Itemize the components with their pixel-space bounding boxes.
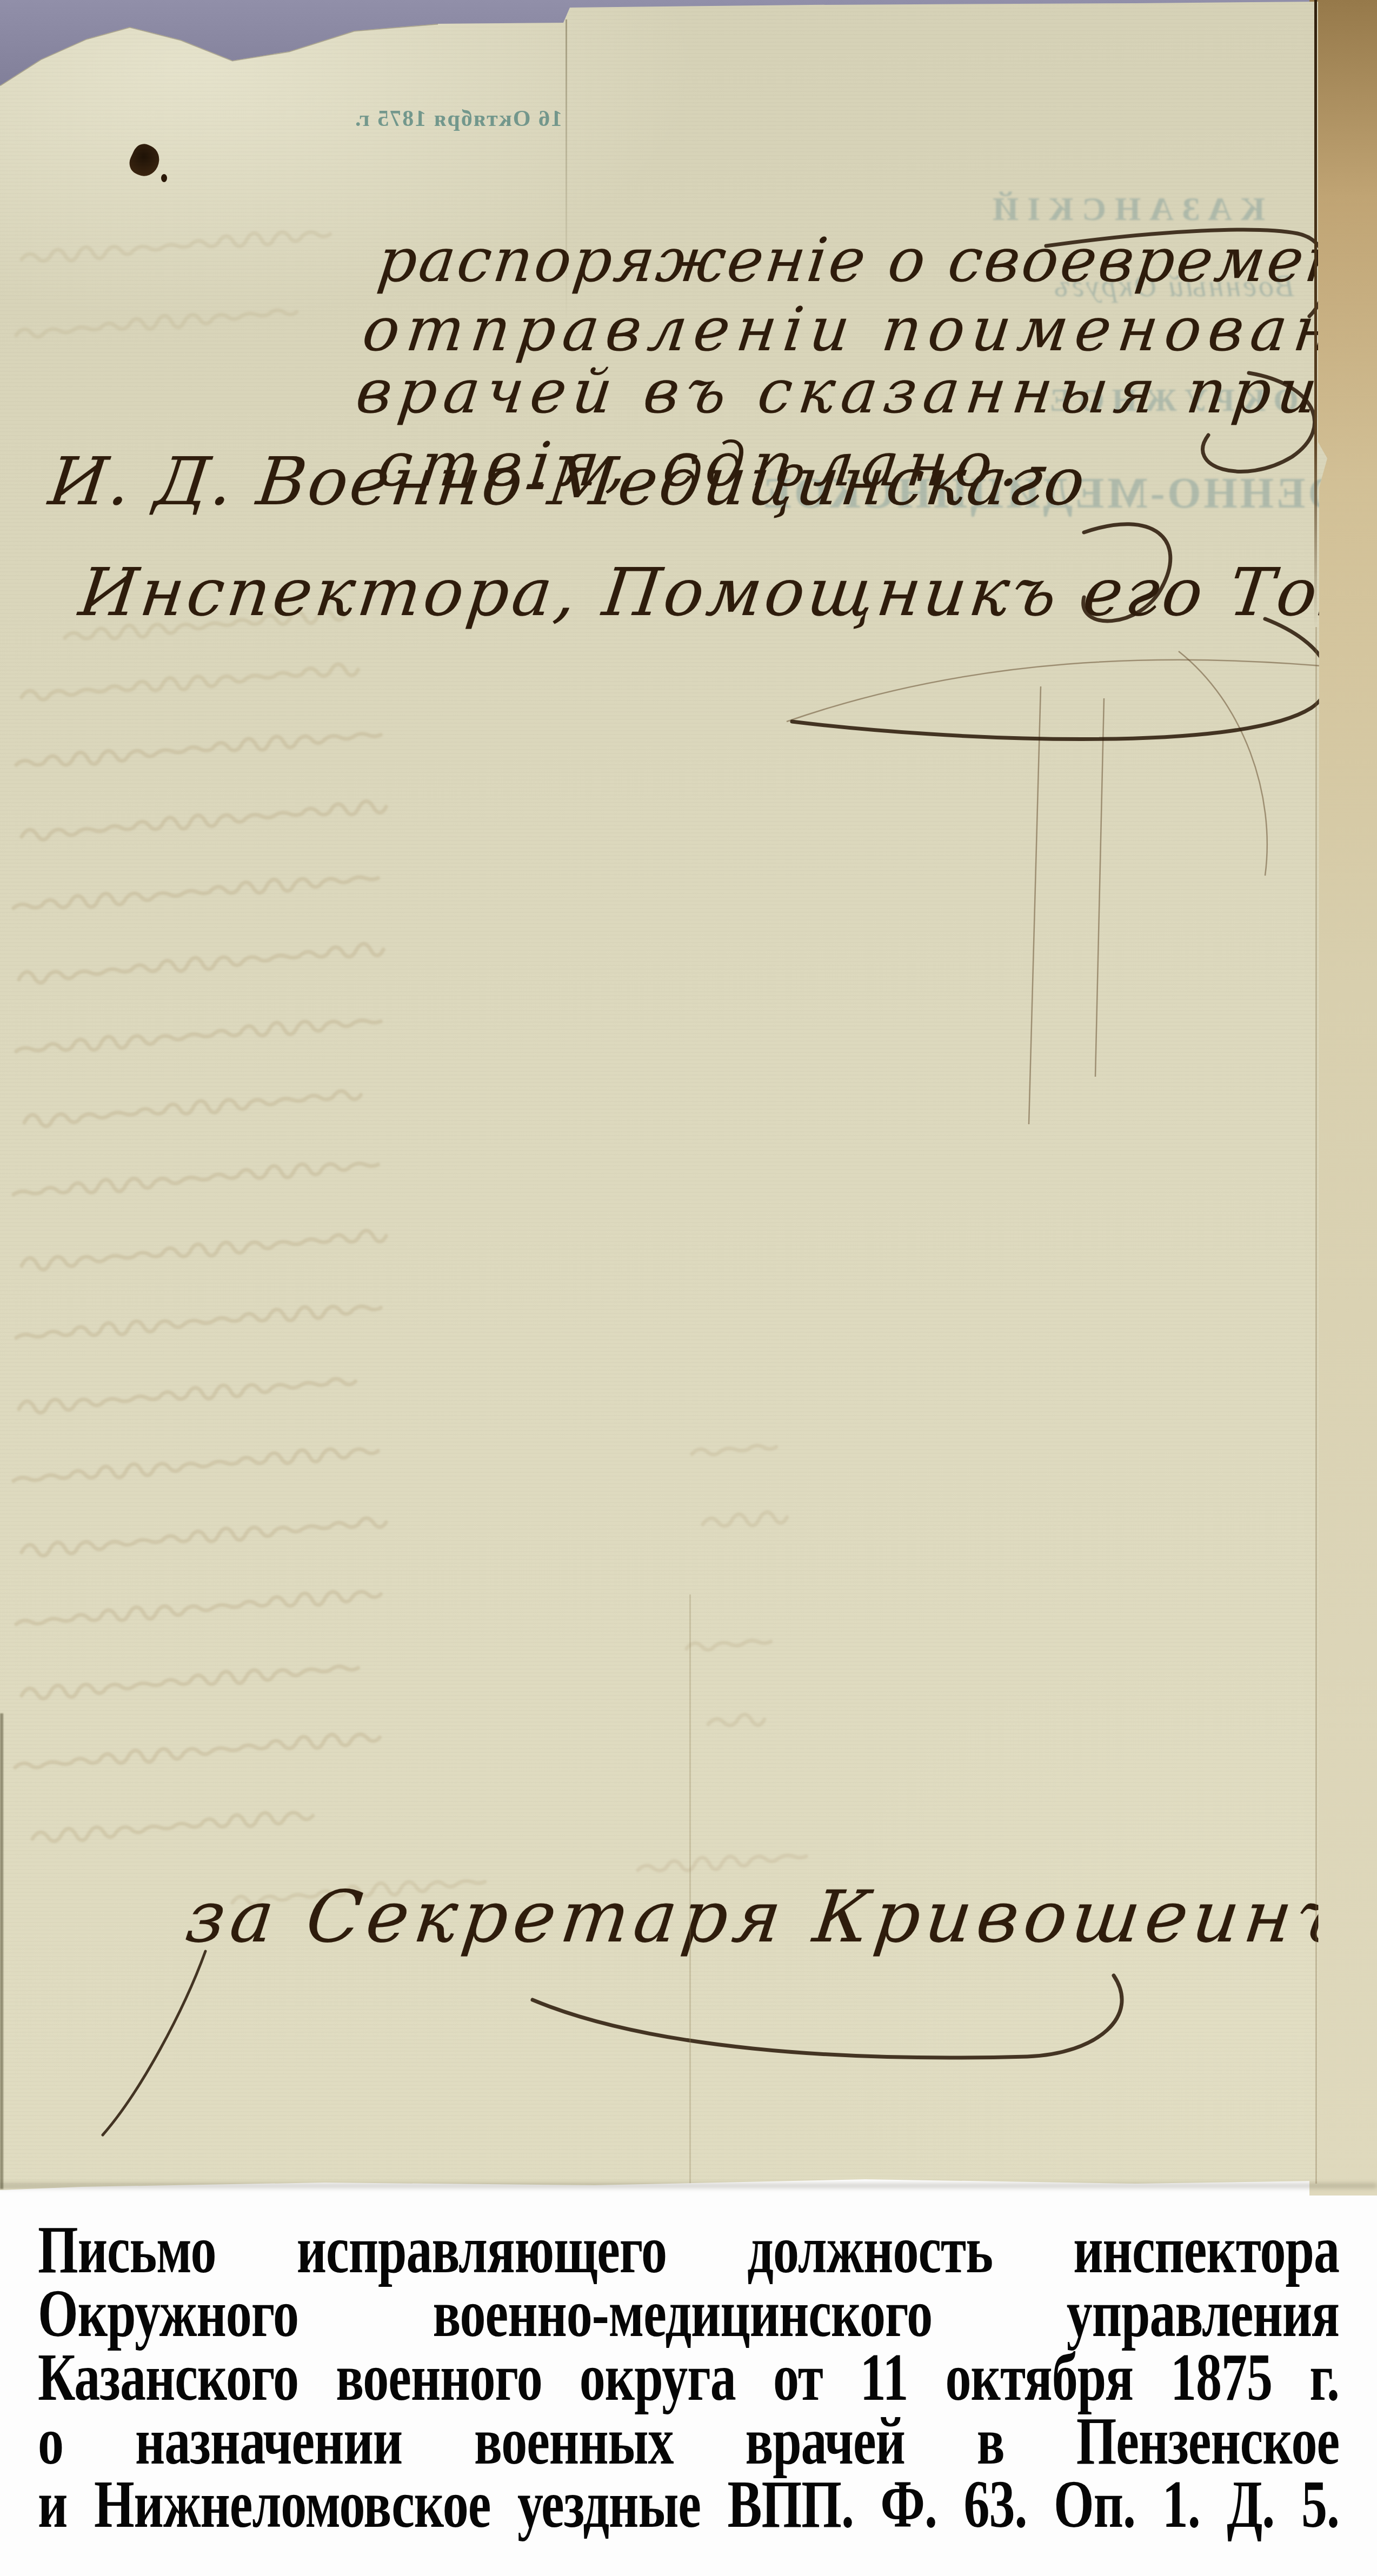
caption-word: врачей — [745, 2409, 904, 2473]
caption-word: ВПП. — [728, 2473, 854, 2537]
scanned-document-page: 16 Октября 1875 г. КАЗАНСКІЙВоенный Окру… — [0, 0, 1377, 2576]
handwritten-line-6: Инспектора, Помощникъ его Томаровъ — [75, 554, 1377, 631]
caption-word: военного — [336, 2345, 542, 2409]
fold-line-right-dark — [1314, 0, 1317, 627]
caption-word: уездные — [517, 2473, 701, 2537]
secretary-signature-line: за Секретаря Кривошеинъ — [182, 1876, 1355, 1959]
caption-word: назначении — [135, 2409, 402, 2473]
caption-word: от — [773, 2345, 823, 2409]
caption: ПисьмоисправляющегодолжностьинспектораОк… — [38, 2218, 1339, 2537]
caption-word: 63. — [964, 2473, 1027, 2537]
caption-word: в — [977, 2409, 1005, 2473]
handwritten-line-2: отправленіи поименованныхъ — [359, 295, 1377, 365]
fold-line-right-faint — [1315, 627, 1317, 2184]
caption-word: октября — [946, 2345, 1133, 2409]
caption-word: Письмо — [38, 2218, 216, 2281]
caption-word: военных — [474, 2409, 673, 2473]
caption-word: 5. — [1301, 2473, 1339, 2537]
document-paper: 16 Октября 1875 г. КАЗАНСКІЙВоенный Окру… — [0, 0, 1377, 2195]
caption-word: Оп. — [1054, 2473, 1135, 2537]
mirrored-letterhead-line-2: Военный Округъ — [997, 269, 1349, 304]
caption-word: г. — [1309, 2345, 1339, 2409]
handwritten-line-1: распоряженіе о своевременномъ — [374, 225, 1377, 296]
caption-word: 11 — [860, 2345, 908, 2409]
bleedthrough-writing — [0, 0, 1377, 2195]
caption-line-1: Письмоисправляющегодолжностьинспектора — [38, 2218, 1339, 2281]
caption-word: Д. — [1227, 2473, 1274, 2537]
ink-flourishes — [0, 0, 1377, 2195]
caption-word: Пензенское — [1076, 2409, 1339, 2473]
handwritten-line-5: И. Д. Военно-Медицинскаго — [45, 443, 1091, 520]
mirrored-letterhead-line-1: КАЗАНСКІЙ — [968, 190, 1281, 229]
mirrored-letterhead-line-4: ВОЕННО-МЕДИЦИНСКОЕ — [822, 469, 1373, 518]
fold-crease-center — [689, 1594, 691, 2184]
handwritten-line-3: врачей въ сказанныя присут- — [352, 357, 1377, 427]
caption-word: военно-медицинского — [433, 2281, 932, 2345]
caption-word: 1. — [1162, 2473, 1200, 2537]
mirrored-date-stamp: 16 Октября 1875 г. — [378, 106, 562, 132]
caption-word: о — [38, 2409, 63, 2473]
caption-word: округа — [580, 2345, 736, 2409]
caption-line-2: Окружноговоенно-медицинскогоуправления — [38, 2281, 1339, 2345]
caption-word: управления — [1067, 2281, 1339, 2345]
left-edge-shadow — [0, 1713, 3, 2189]
caption-word: Окружного — [38, 2281, 298, 2345]
handwritten-line-4: ствія, сдѣлано.- — [374, 430, 1062, 500]
caption-word: инспектора — [1073, 2218, 1339, 2281]
caption-line-3: Казанскоговоенногоокругаот11октября1875г… — [38, 2345, 1339, 2409]
caption-word: Казанского — [38, 2345, 298, 2409]
mirrored-letterhead-line-3: ОКРУЖНОЕ — [1008, 382, 1333, 419]
caption-word: Ф. — [881, 2473, 937, 2537]
fold-crease-top — [566, 19, 567, 322]
caption-line-4: оназначениивоенныхврачейвПензенское — [38, 2409, 1339, 2473]
ink-blot — [125, 141, 164, 181]
paper-bottom-shadow — [0, 2184, 1377, 2188]
right-folded-edge-strip — [1309, 0, 1377, 2195]
scratch-hairlines — [0, 24, 1341, 1124]
caption-word: Нижнеломовское — [94, 2473, 491, 2537]
caption-word: исправляющего — [297, 2218, 667, 2281]
ink-blot-small — [161, 174, 167, 182]
caption-word: 1875 — [1170, 2345, 1272, 2409]
caption-line-5: иНижнеломовскоеуездныеВПП.Ф.63.Оп.1.Д.5. — [38, 2473, 1339, 2537]
caption-word: и — [38, 2473, 67, 2537]
caption-word: должность — [747, 2218, 993, 2281]
